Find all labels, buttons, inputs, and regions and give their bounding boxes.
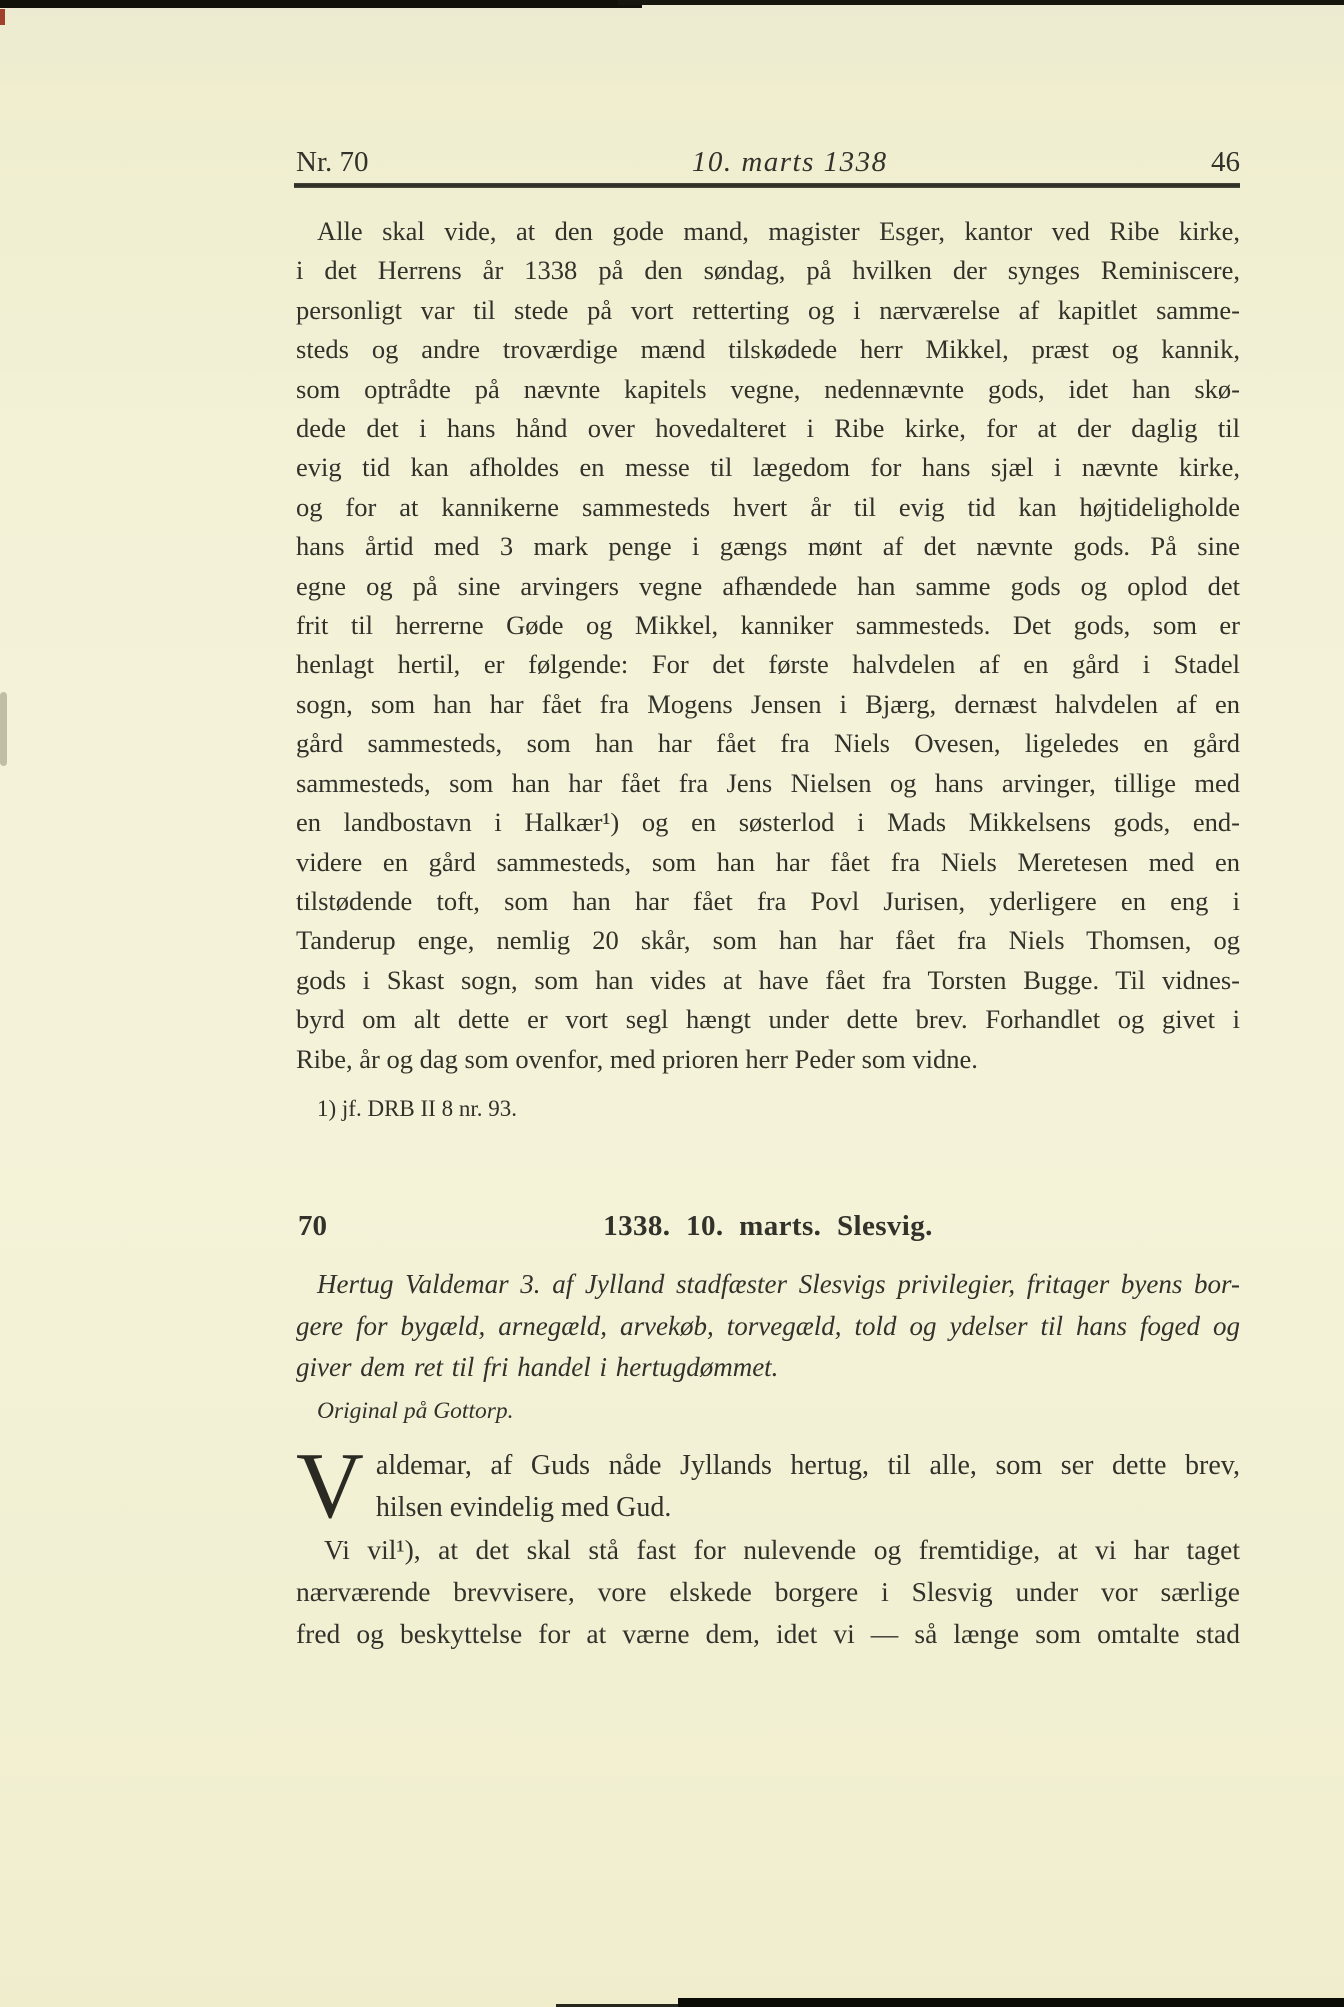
running-head: Nr. 70 10. marts 1338 46 (296, 146, 1240, 179)
body-line: sogn, som han har fået fra Mogens Jensen… (296, 685, 1240, 724)
entry-70-heading: 70 1338. 10. marts. Slesvig. (296, 1210, 1240, 1243)
body-line: steds og andre troværdige mænd tilskøded… (296, 330, 1240, 369)
entry-heading-number: 70 (298, 1210, 327, 1243)
entry-70-body: Vi vil¹), at det skal stå fast for nulev… (296, 1529, 1240, 1655)
body-line: Tanderup enge, nemlig 20 skår, som han h… (296, 921, 1240, 960)
entry-69-text: Alle skal vide, at den gode mand, magist… (296, 212, 1240, 1124)
body-line: videre en gård sammesteds, som han har f… (296, 843, 1240, 882)
body-line: evig tid kan afholdes en messe til læged… (296, 448, 1240, 487)
body-line: Ribe, år og dag som ovenfor, med prioren… (296, 1040, 1240, 1079)
body-line: henlagt hertil, er følgende: For det før… (296, 645, 1240, 684)
entry-heading-title: 1338. 10. marts. Slesvig. (603, 1210, 933, 1242)
header-rule (294, 183, 1240, 188)
body-line: gods i Skast sogn, som han vides at have… (296, 961, 1240, 1000)
body-line: egne og på sine arvingers vegne afhænded… (296, 567, 1240, 606)
footnote: 1) jf. DRB II 8 nr. 93. (296, 1094, 1240, 1124)
body-line: fred og beskyttelse for at værne dem, id… (296, 1613, 1240, 1655)
body-line: en landbostavn i Halkær¹) og en søsterlo… (296, 803, 1240, 842)
opening-line: aldemar, af Guds nåde Jyllands hertug, t… (296, 1445, 1240, 1487)
opening-line: hilsen evindelig med Gud. (296, 1487, 1240, 1529)
body-line: sammesteds, som han har fået fra Jens Ni… (296, 764, 1240, 803)
drop-cap: V (296, 1447, 364, 1527)
body-line: gård sammesteds, som han har fået fra Ni… (296, 724, 1240, 763)
body-line: byrd om alt dette er vort segl hængt und… (296, 1000, 1240, 1039)
body-line: og for at kannikerne sammesteds hvert år… (296, 488, 1240, 527)
scan-smudge (0, 692, 7, 766)
body-line: dede det i hans hånd over hovedalteret i… (296, 409, 1240, 448)
body-line: Vi vil¹), at det skal stå fast for nulev… (296, 1529, 1240, 1571)
body-line: i det Herrens år 1338 på den søndag, på … (296, 251, 1240, 290)
summary-line: gere for bygæld, arnegæld, arvekøb, torv… (296, 1306, 1240, 1348)
body-line: hans årtid med 3 mark penge i gængs mønt… (296, 527, 1240, 566)
scan-edge-top-left (0, 0, 642, 8)
opening-paragraph: V aldemar, af Guds nåde Jyllands hertug,… (296, 1445, 1240, 1529)
body-line: personligt var til stede på vort rettert… (296, 291, 1240, 330)
body-line: frit til herrerne Gøde og Mikkel, kannik… (296, 606, 1240, 645)
scan-speck (0, 9, 5, 25)
body-line: nærværende brevvisere, vore elskede borg… (296, 1571, 1240, 1613)
page-number: 46 (1211, 146, 1240, 179)
summary-line: Hertug Valdemar 3. af Jylland stadfæster… (296, 1264, 1240, 1306)
scan-edge-bottom (678, 1998, 1344, 2007)
entry-number-ref: Nr. 70 (296, 146, 369, 179)
body-line: tilstødende toft, som han har fået fra P… (296, 882, 1240, 921)
summary-line: giver dem ret til fri handel i hertugdøm… (296, 1347, 1240, 1389)
source-note: Original på Gottorp. (317, 1398, 514, 1425)
page-date: 10. marts 1338 (369, 146, 1212, 179)
body-line: som optrådte på nævnte kapitels vegne, n… (296, 370, 1240, 409)
book-page: Nr. 70 10. marts 1338 46 Alle skal vide,… (0, 0, 1344, 2007)
entry-70-summary: Hertug Valdemar 3. af Jylland stadfæster… (296, 1264, 1240, 1389)
scan-edge-top-right (618, 0, 1344, 5)
body-line: Alle skal vide, at den gode mand, magist… (296, 212, 1240, 251)
